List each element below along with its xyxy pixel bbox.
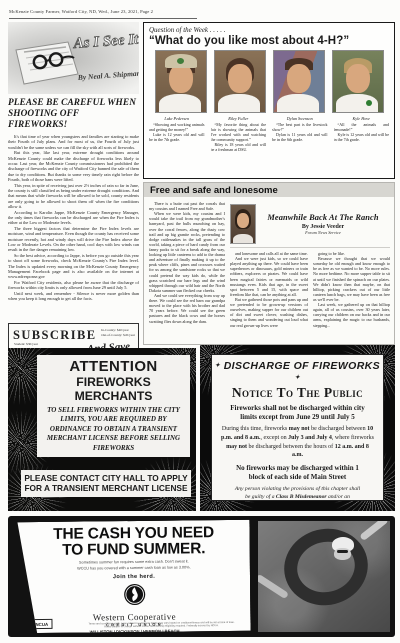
portrait-photo <box>273 50 325 113</box>
shirt-shape <box>218 94 260 113</box>
merchants-ad-main-box: ATTENTION FIREWORKS MERCHANTS TO SELL FI… <box>37 355 190 457</box>
banner-body-line2: WCCU has you covered with a summer cash … <box>18 565 250 573</box>
ranch-paragraph: But we gathered those pots and pans up a… <box>230 297 308 328</box>
respondent-name: Kyle Hove <box>334 116 390 121</box>
banner-body: Sometimes summer fun requires some extra… <box>18 559 250 573</box>
ranch-headline: Free and safe and lonesome <box>144 183 394 197</box>
ranch-header-text: Meanwhile Back At The Ranch By Jessie Ve… <box>256 213 390 235</box>
respondent-quote: “My favorite thing about the fair is sho… <box>211 122 267 142</box>
columnist-photo <box>230 204 256 244</box>
sparkle-icon: ✦ <box>215 363 220 369</box>
face-shape <box>346 64 370 93</box>
sunglasses-shape <box>337 550 348 553</box>
article-headline: PLEASE BE CAREFUL WHEN SHOOTING OFF FIRE… <box>8 98 139 131</box>
respondent-detail: Dylan is 11 years old and will be in the… <box>272 132 328 142</box>
notice-title: Notice To The Public <box>212 385 383 401</box>
notice-kicker: ✦ DISCHARGE OF FIREWORKS ✦ <box>212 360 383 384</box>
respondent-quote: “Showing and working animals and getting… <box>149 122 205 132</box>
dateline: McKenzie County Farmer, Watford City, ND… <box>9 9 153 14</box>
face-shape <box>228 64 252 93</box>
ranch-paragraph: And we could see everything from way up … <box>149 293 225 324</box>
article-body: It's that time of year when youngsters a… <box>8 134 139 320</box>
branch-locations-line1: WILLISTON | DICKINSON | HEBRON | BEACH <box>19 628 251 637</box>
banner-text-card: THE CASH YOU NEED TO FUND SUMMER. Someti… <box>17 520 250 633</box>
rate-out-of-county: Out-of-County: $45/year <box>101 333 135 338</box>
ranch-column-1: There is a butte out past the corrals th… <box>149 201 225 340</box>
qow-caption: Dylan Swenson “The best part is the live… <box>272 116 328 166</box>
notice-line-1: Fireworks shall not be discharged within… <box>222 404 373 422</box>
opinion-column: As I See It By Neal A. Shipman PLEASE BE… <box>8 22 139 356</box>
logo-title: As I See It <box>72 31 139 52</box>
shirt-shape <box>159 94 201 113</box>
column-byline: By Jessie Veeder <box>256 224 390 230</box>
credit-union-banner-ad: THE CASH YOU NEED TO FUND SUMMER. Someti… <box>8 516 395 637</box>
respondent-detail: Luke is 12 years old and will be in the … <box>149 132 205 142</box>
shirt-shape <box>277 94 319 113</box>
face-shape <box>287 64 311 93</box>
ranch-body: There is a butte out past the corrals th… <box>144 197 394 344</box>
article-paragraph: This year, in spite of receiving just ov… <box>8 183 139 210</box>
ranch-column-2: and lonesome and calls all at the same t… <box>230 251 308 340</box>
respondent-detail: Kyle is 12 years old and will be in the … <box>334 132 390 142</box>
merchants-ad-title: ATTENTION <box>39 358 188 375</box>
respondent-quote: “All the animals and lemonade!” <box>334 122 390 132</box>
ranch-column-3: going to be like. Because we thought tha… <box>313 251 390 340</box>
qow-caption: Kyle Hove “All the animals and lemonade!… <box>334 116 390 166</box>
merchants-ad-subtitle: FIREWORKS MERCHANTS <box>39 375 188 403</box>
qow-photos <box>149 50 389 113</box>
qow-caption: Riley Fuller “My favorite thing about th… <box>211 116 267 166</box>
face-shape <box>169 64 193 93</box>
branch-locations-line2: GLEN ULLIN | RAY | TIOGA | WCCU.ORG <box>19 634 251 637</box>
notice-line-2: During this time, fireworks may not be d… <box>221 425 374 460</box>
notice-line-3: No fireworks may be discharged within 1 … <box>230 464 365 482</box>
ncua-badge: NCUA <box>31 619 52 629</box>
swimmer-photo <box>258 521 390 632</box>
ranch-paragraph: And we were just kids, so we could have … <box>230 256 308 297</box>
subscribe-title: SUBSCRIBE <box>13 328 96 343</box>
clover-icon <box>366 100 372 106</box>
article-paragraph: But this year, like last year, extreme d… <box>8 150 139 182</box>
arm-shape <box>258 574 289 599</box>
credit-union-logo-icon <box>123 583 146 606</box>
ranch-paragraph: Last week, we gathered up on that hillto… <box>313 302 390 328</box>
article-closing: Until next week, and remember - Silence … <box>8 291 139 302</box>
respondent-name: Dylan Swenson <box>272 116 328 121</box>
face-shape <box>237 213 249 228</box>
ranch-paragraph: When we were kids, my cousins and I woul… <box>149 211 225 293</box>
notice-kicker-text: DISCHARGE OF FIREWORKS <box>224 360 380 372</box>
article-paragraph: For Watford City residents, also please … <box>8 280 139 291</box>
question-of-the-week-box: Question of the Week . . . . . “What do … <box>143 22 395 179</box>
banner-headline-line2: TO FUND SUMMER. <box>18 541 250 559</box>
as-i-see-it-logo: As I See It By Neal A. Shipman <box>8 22 139 94</box>
merchants-ad-footer: PLEASE CONTACT CITY HALL TO APPLY FOR A … <box>21 470 191 497</box>
as-i-see-it-graphic: As I See It By Neal A. Shipman <box>8 22 139 94</box>
dateline-rule <box>9 18 197 19</box>
respondent-name: Riley Fuller <box>211 116 267 121</box>
banner-cta: Join the herd. <box>18 573 250 581</box>
ranch-paragraph: There is a butte out past the corrals th… <box>149 201 225 211</box>
ranch-article-box: Free and safe and lonesome There is a bu… <box>143 182 395 345</box>
arm-shape <box>359 521 389 541</box>
column-title: Meanwhile Back At The Ranch <box>256 213 390 222</box>
fireworks-merchants-ad: ATTENTION FIREWORKS MERCHANTS TO SELL FI… <box>8 348 196 511</box>
article-paragraph: The three biggest factors that determine… <box>8 226 139 253</box>
portrait-photo <box>332 50 384 113</box>
clover-icon <box>177 58 184 64</box>
respondent-quote: “The best part is the livestock show!” <box>272 122 328 132</box>
notice-inner-box: ✦ DISCHARGE OF FIREWORKS ✦ Notice To The… <box>211 354 384 501</box>
shirt-shape <box>233 234 253 244</box>
ranch-column-header: Meanwhile Back At The Ranch By Jessie Ve… <box>230 201 390 248</box>
merchants-ad-body: TO SELL FIREWORKS WITHIN THE CITY LIMITS… <box>39 406 188 453</box>
column-service: Forum News Service <box>256 230 390 235</box>
newspaper-page: McKenzie County Farmer, Watford City, ND… <box>0 0 400 643</box>
article-paragraph: So the best advice, according to Jappe, … <box>8 253 139 280</box>
subscribe-rates-right: In-County: $40/year Out-of-County: $45/y… <box>101 328 135 338</box>
portrait-photo <box>214 50 266 113</box>
qow-question: “What do you like most about 4-H?” <box>149 35 389 47</box>
portrait-photo <box>155 50 207 113</box>
article-paragraph: According to Karolin Jappe, McKenzie Cou… <box>8 210 139 226</box>
logo-byline: By Neal A. Shipman <box>77 69 139 82</box>
qow-captions: Luke Pedersen “Showing and working anima… <box>149 116 389 166</box>
qow-caption: Luke Pedersen “Showing and working anima… <box>149 116 205 166</box>
respondent-detail: Riley is 18 years old and will be a fres… <box>211 142 267 152</box>
sparkle-icon: ✦ <box>295 375 300 381</box>
article-paragraph: It's that time of year when youngsters a… <box>8 134 139 150</box>
ranch-paragraph: Because we thought that we would someday… <box>313 256 390 302</box>
branch-locations: WILLISTON | DICKINSON | HEBRON | BEACH G… <box>19 628 251 637</box>
respondent-name: Luke Pedersen <box>149 116 205 121</box>
discharge-notice-ad: ✦ DISCHARGE OF FIREWORKS ✦ Notice To The… <box>200 345 395 511</box>
notice-line-4: Any person violating the provisions of t… <box>234 486 361 501</box>
qow-kicker: Question of the Week . . . . . <box>149 26 389 34</box>
